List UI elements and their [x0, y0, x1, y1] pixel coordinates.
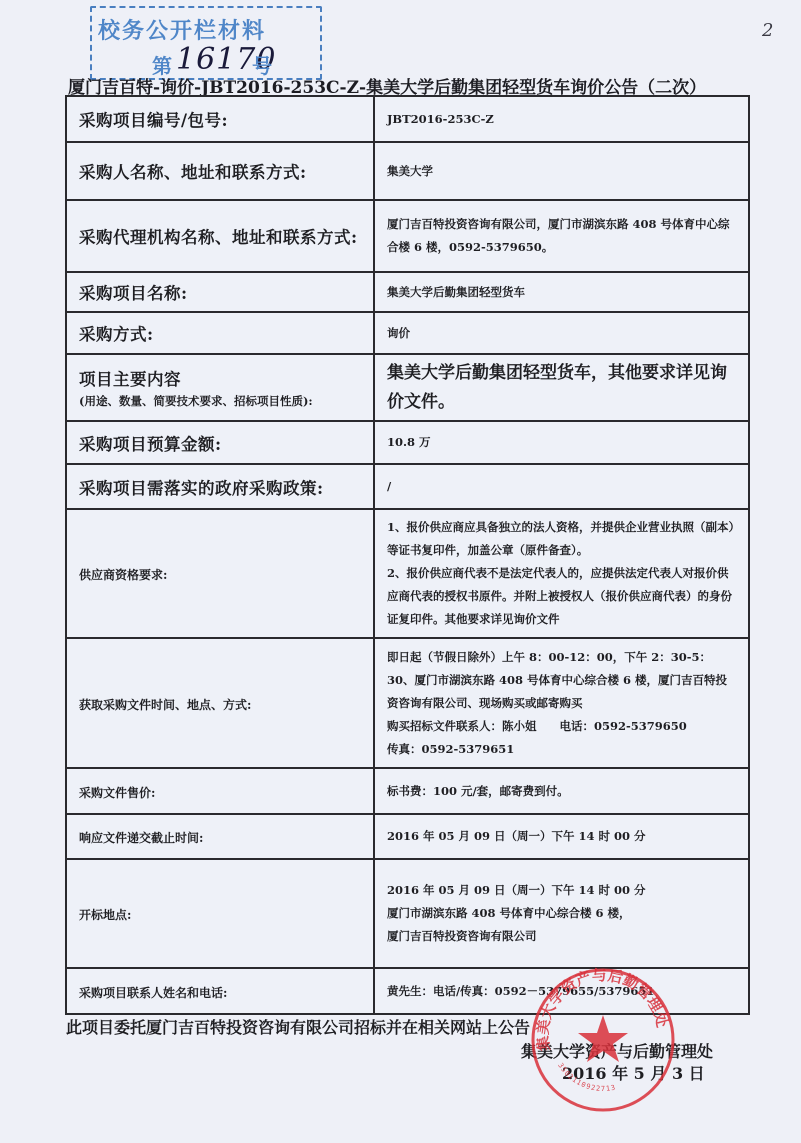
row-label: 开标地点:	[66, 859, 374, 968]
procurement-table: 采购项目编号/包号: JBT2016-253C-Z 采购人名称、地址和联系方式:…	[65, 95, 750, 1015]
row-value: 集美大学后勤集团轻型货车，其他要求详见询价文件。	[374, 354, 749, 421]
row-value: 2016 年 05 月 09 日（周一）下午 14 时 00 分 厦门市湖滨东路…	[374, 859, 749, 968]
row-value: 黄先生：电话/传真：0592－5379655/5379651	[374, 968, 749, 1014]
table-row: 采购项目需落实的政府采购政策: /	[66, 464, 749, 509]
table-row: 响应文件递交截止时间: 2016 年 05 月 09 日（周一）下午 14 时 …	[66, 814, 749, 859]
table-row: 采购项目名称: 集美大学后勤集团轻型货车	[66, 272, 749, 312]
row-label: 采购项目预算金额:	[66, 421, 374, 464]
table-row: 开标地点: 2016 年 05 月 09 日（周一）下午 14 时 00 分 厦…	[66, 859, 749, 968]
issuing-organization: 集美大学资产与后勤管理处	[521, 1039, 713, 1062]
row-value: 询价	[374, 312, 749, 354]
row-label: 采购项目联系人姓名和电话:	[66, 968, 374, 1014]
row-value: 集美大学	[374, 142, 749, 200]
row-value: 即日起（节假日除外）上午 8：00-12：00，下午 2：30-5：30、厦门市…	[374, 638, 749, 768]
row-label: 项目主要内容 (用途、数量、简要技术要求、招标项目性质):	[66, 354, 374, 421]
row-value: /	[374, 464, 749, 509]
stamp-title: 校务公开栏材料	[98, 14, 266, 45]
row-value: 集美大学后勤集团轻型货车	[374, 272, 749, 312]
row-label: 获取采购文件时间、地点、方式:	[66, 638, 374, 768]
table-row: 采购人名称、地址和联系方式: 集美大学	[66, 142, 749, 200]
table-row: 采购项目编号/包号: JBT2016-253C-Z	[66, 96, 749, 142]
row-label: 供应商资格要求:	[66, 509, 374, 638]
row-value: 10.8 万	[374, 421, 749, 464]
archive-stamp: 校务公开栏材料 第 16170 号	[90, 6, 322, 80]
table-row: 采购方式: 询价	[66, 312, 749, 354]
issue-date: 2016 年 5 月 3 日	[562, 1061, 705, 1084]
row-label: 采购代理机构名称、地址和联系方式:	[66, 200, 374, 272]
table-row: 项目主要内容 (用途、数量、简要技术要求、招标项目性质): 集美大学后勤集团轻型…	[66, 354, 749, 421]
row-value: 厦门吉百特投资咨询有限公司，厦门市湖滨东路 408 号体育中心综合楼 6 楼，0…	[374, 200, 749, 272]
table-row: 采购代理机构名称、地址和联系方式: 厦门吉百特投资咨询有限公司，厦门市湖滨东路 …	[66, 200, 749, 272]
handwritten-page-mark: 2	[762, 20, 773, 41]
row-value: JBT2016-253C-Z	[374, 96, 749, 142]
row-sublabel: (用途、数量、简要技术要求、招标项目性质):	[79, 393, 361, 409]
row-label: 采购项目需落实的政府采购政策:	[66, 464, 374, 509]
row-label: 采购项目名称:	[66, 272, 374, 312]
row-label: 采购方式:	[66, 312, 374, 354]
row-value: 1、报价供应商应具备独立的法人资格，并提供企业营业执照（副本）等证书复印件，加盖…	[374, 509, 749, 638]
row-value: 2016 年 05 月 09 日（周一）下午 14 时 00 分	[374, 814, 749, 859]
row-label: 响应文件递交截止时间:	[66, 814, 374, 859]
table-row: 获取采购文件时间、地点、方式: 即日起（节假日除外）上午 8：00-12：00，…	[66, 638, 749, 768]
row-value: 标书费：100 元/套，邮寄费到付。	[374, 768, 749, 814]
row-label: 采购文件售价:	[66, 768, 374, 814]
table-row: 供应商资格要求: 1、报价供应商应具备独立的法人资格，并提供企业营业执照（副本）…	[66, 509, 749, 638]
row-label: 采购项目编号/包号:	[66, 96, 374, 142]
row-label: 采购人名称、地址和联系方式:	[66, 142, 374, 200]
table-row: 采购项目联系人姓名和电话: 黄先生：电话/传真：0592－5379655/537…	[66, 968, 749, 1014]
table-row: 采购文件售价: 标书费：100 元/套，邮寄费到付。	[66, 768, 749, 814]
table-row: 采购项目预算金额: 10.8 万	[66, 421, 749, 464]
footer-note: 此项目委托厦门吉百特投资咨询有限公司招标并在相关网站上公告	[66, 1015, 530, 1038]
